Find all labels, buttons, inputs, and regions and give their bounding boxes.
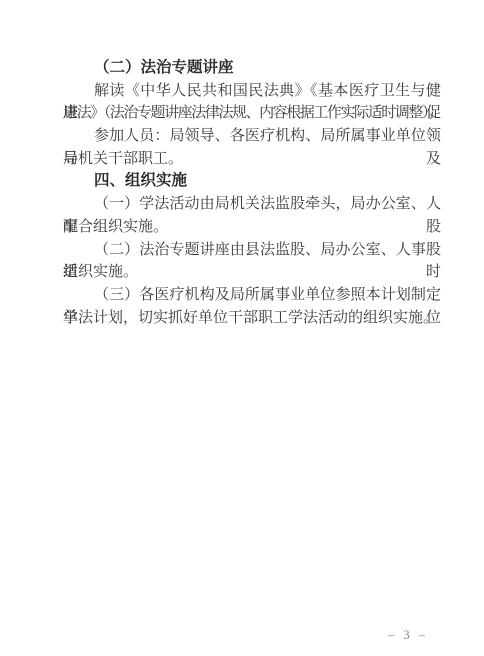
doc-line: （二）法治专题讲座由县法监股、局办公室、人事股适时 — [63, 239, 441, 262]
subsection-heading: （二）法治专题讲座 — [63, 57, 441, 80]
doc-line: 解读《中华人民共和国民法典》《基本医疗卫生与健康促 — [63, 80, 441, 103]
doc-line: （三）各医疗机构及局所属事业单位参照本计划制定单位 — [63, 284, 441, 307]
doc-line: 学法计划，切实抓好单位干部职工学法活动的组织实施。 — [63, 307, 441, 330]
document-text-block: （二）法治专题讲座 解读《中华人民共和国民法典》《基本医疗卫生与健康促 进法》（… — [63, 57, 441, 329]
page-number: – 3 – — [383, 627, 433, 643]
document-page: （二）法治专题讲座 解读《中华人民共和国民法典》《基本医疗卫生与健康促 进法》（… — [0, 0, 484, 656]
section-heading: 四、组织实施 — [63, 170, 441, 193]
doc-line: 进法》（法治专题讲座法律法规、内容根据工作实际适时调整）。 — [63, 102, 441, 125]
doc-line: 参加人员：局领导、各医疗机构、局所属事业单位领导及 — [63, 125, 441, 148]
doc-line: （一）学法活动由局机关法监股牵头，局办公室、人事股 — [63, 193, 441, 216]
